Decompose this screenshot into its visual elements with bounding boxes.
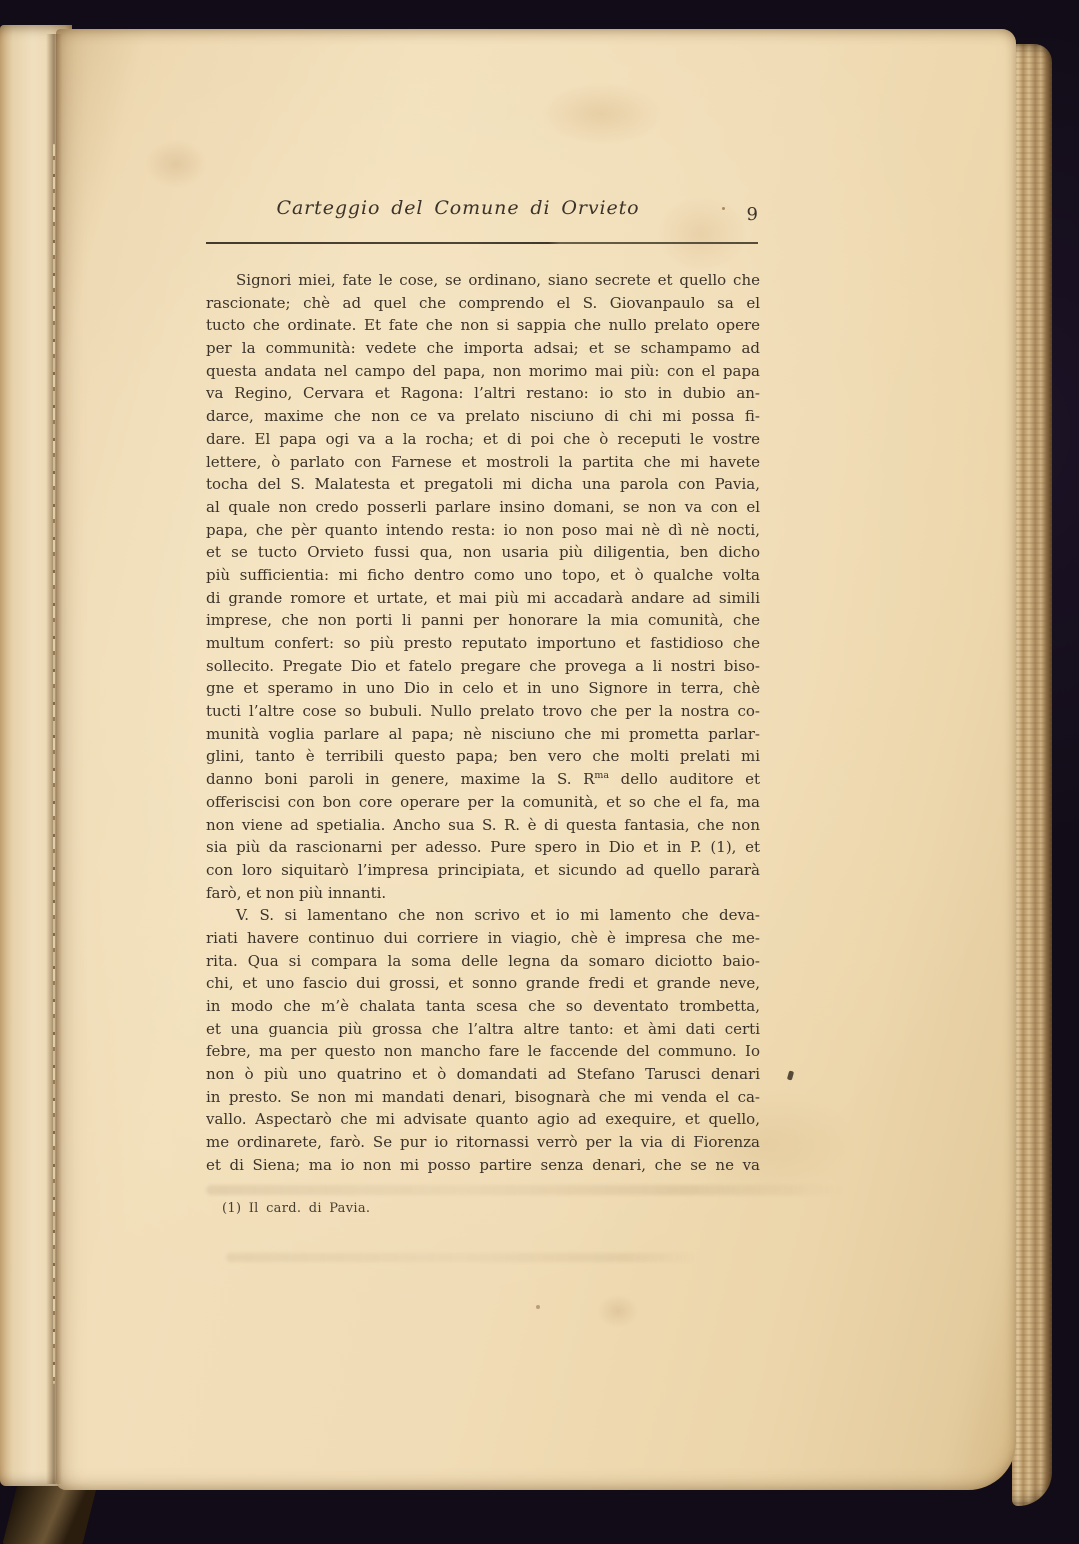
text-line: farò, et non più innanti. [206, 882, 760, 905]
text-line: tocha del S. Malatesta et pregatoli mi d… [206, 473, 760, 496]
text-line: più sufficientia: mi ficho dentro como u… [206, 564, 760, 587]
text-line: me ordinarete, farò. Se pur io ritornass… [206, 1131, 760, 1154]
text-line: vallo. Aspectarò che mi advisate quanto … [206, 1108, 760, 1131]
text-line: sia più da rascionarni per adesso. Pure … [206, 836, 760, 859]
verso-show-through [206, 1185, 846, 1195]
text-line: danno boni paroli in genere, maxime la S… [206, 768, 760, 791]
text-line: per la communità: vedete che importa ads… [206, 337, 760, 360]
book-scan-photo: Carteggio del Comune di Orvieto 9 Signor… [0, 0, 1079, 1544]
text-line: tucto che ordinate. Et fate che non si s… [206, 314, 760, 337]
header-rule [206, 242, 758, 244]
text-line: et se tucto Orvieto fussi qua, non usari… [206, 541, 760, 564]
text-line: va Regino, Cervara et Ragona: l’altri re… [206, 382, 760, 405]
text-line: glini, tanto è terribili questo papa; be… [206, 745, 760, 768]
text-line: in modo che m’è chalata tanta scesa che … [206, 995, 760, 1018]
ink-speck [787, 1070, 794, 1080]
text-line: et una guancia più grossa che l’altra al… [206, 1018, 760, 1041]
gutter-crease [46, 34, 62, 1484]
text-line: sollecito. Pregate Dio et fatelo pregare… [206, 655, 760, 678]
text-line: rita. Qua si compara la soma delle legna… [206, 950, 760, 973]
text-line: non ò più uno quatrino et ò domandati ad… [206, 1063, 760, 1086]
page-number: 9 [747, 204, 758, 225]
text-line: papa, che pèr quanto intendo resta: io n… [206, 519, 760, 542]
text-line: con loro siquitarò l’impresa principiata… [206, 859, 760, 882]
text-line: febre, ma per questo non mancho fare le … [206, 1040, 760, 1063]
text-line: munità voglia parlare al papa; nè nisciu… [206, 723, 760, 746]
text-line: di grande romore et urtate, et mai più m… [206, 587, 760, 610]
text-line: imprese, che non porti li panni per hono… [206, 609, 760, 632]
footnote: (1) Il card. di Pavia. [222, 1201, 370, 1216]
text-line: rascionate; chè ad quel che comprendo el… [206, 292, 760, 315]
text-line: chi, et uno fascio dui grossi, et sonno … [206, 972, 760, 995]
text-line: riati havere continuo dui corriere in vi… [206, 927, 760, 950]
text-line: multum confert: so più presto reputato i… [206, 632, 760, 655]
text-line: questa andata nel campo del papa, non mo… [206, 360, 760, 383]
page-stack-fore-edge [1012, 44, 1052, 1506]
ink-speck [536, 1305, 540, 1309]
body-text: Signori miei, fate le cose, se ordinano,… [206, 269, 760, 1177]
text-line: gne et speramo in uno Dio in celo et in … [206, 677, 760, 700]
running-title: Carteggio del Comune di Orvieto [206, 197, 710, 219]
stitch-thread [53, 144, 55, 1384]
text-line: offeriscisi con bon core operare per la … [206, 791, 760, 814]
text-line: Signori miei, fate le cose, se ordinano,… [206, 269, 760, 292]
text-line: al quale non credo posserli parlare insi… [206, 496, 760, 519]
verso-show-through [226, 1253, 696, 1262]
text-line: dare. El papa ogi va a la rocha; et di p… [206, 428, 760, 451]
ink-speck [722, 207, 725, 210]
book-page: Carteggio del Comune di Orvieto 9 Signor… [56, 29, 1016, 1490]
text-line: V. S. si lamentano che non scrivo et io … [206, 904, 760, 927]
text-line: non viene ad spetialia. Ancho sua S. R. … [206, 814, 760, 837]
text-line: et di Siena; ma io non mi posso partire … [206, 1154, 760, 1177]
text-line: in presto. Se non mi mandati denari, bis… [206, 1086, 760, 1109]
binding-board-fragment [3, 1484, 98, 1544]
text-line: darce, maxime che non ce va prelato nisc… [206, 405, 760, 428]
text-line: lettere, ò parlato con Farnese et mostro… [206, 451, 760, 474]
page-header: Carteggio del Comune di Orvieto 9 [206, 197, 760, 231]
text-line: tucti l’altre cose so bubuli. Nullo prel… [206, 700, 760, 723]
